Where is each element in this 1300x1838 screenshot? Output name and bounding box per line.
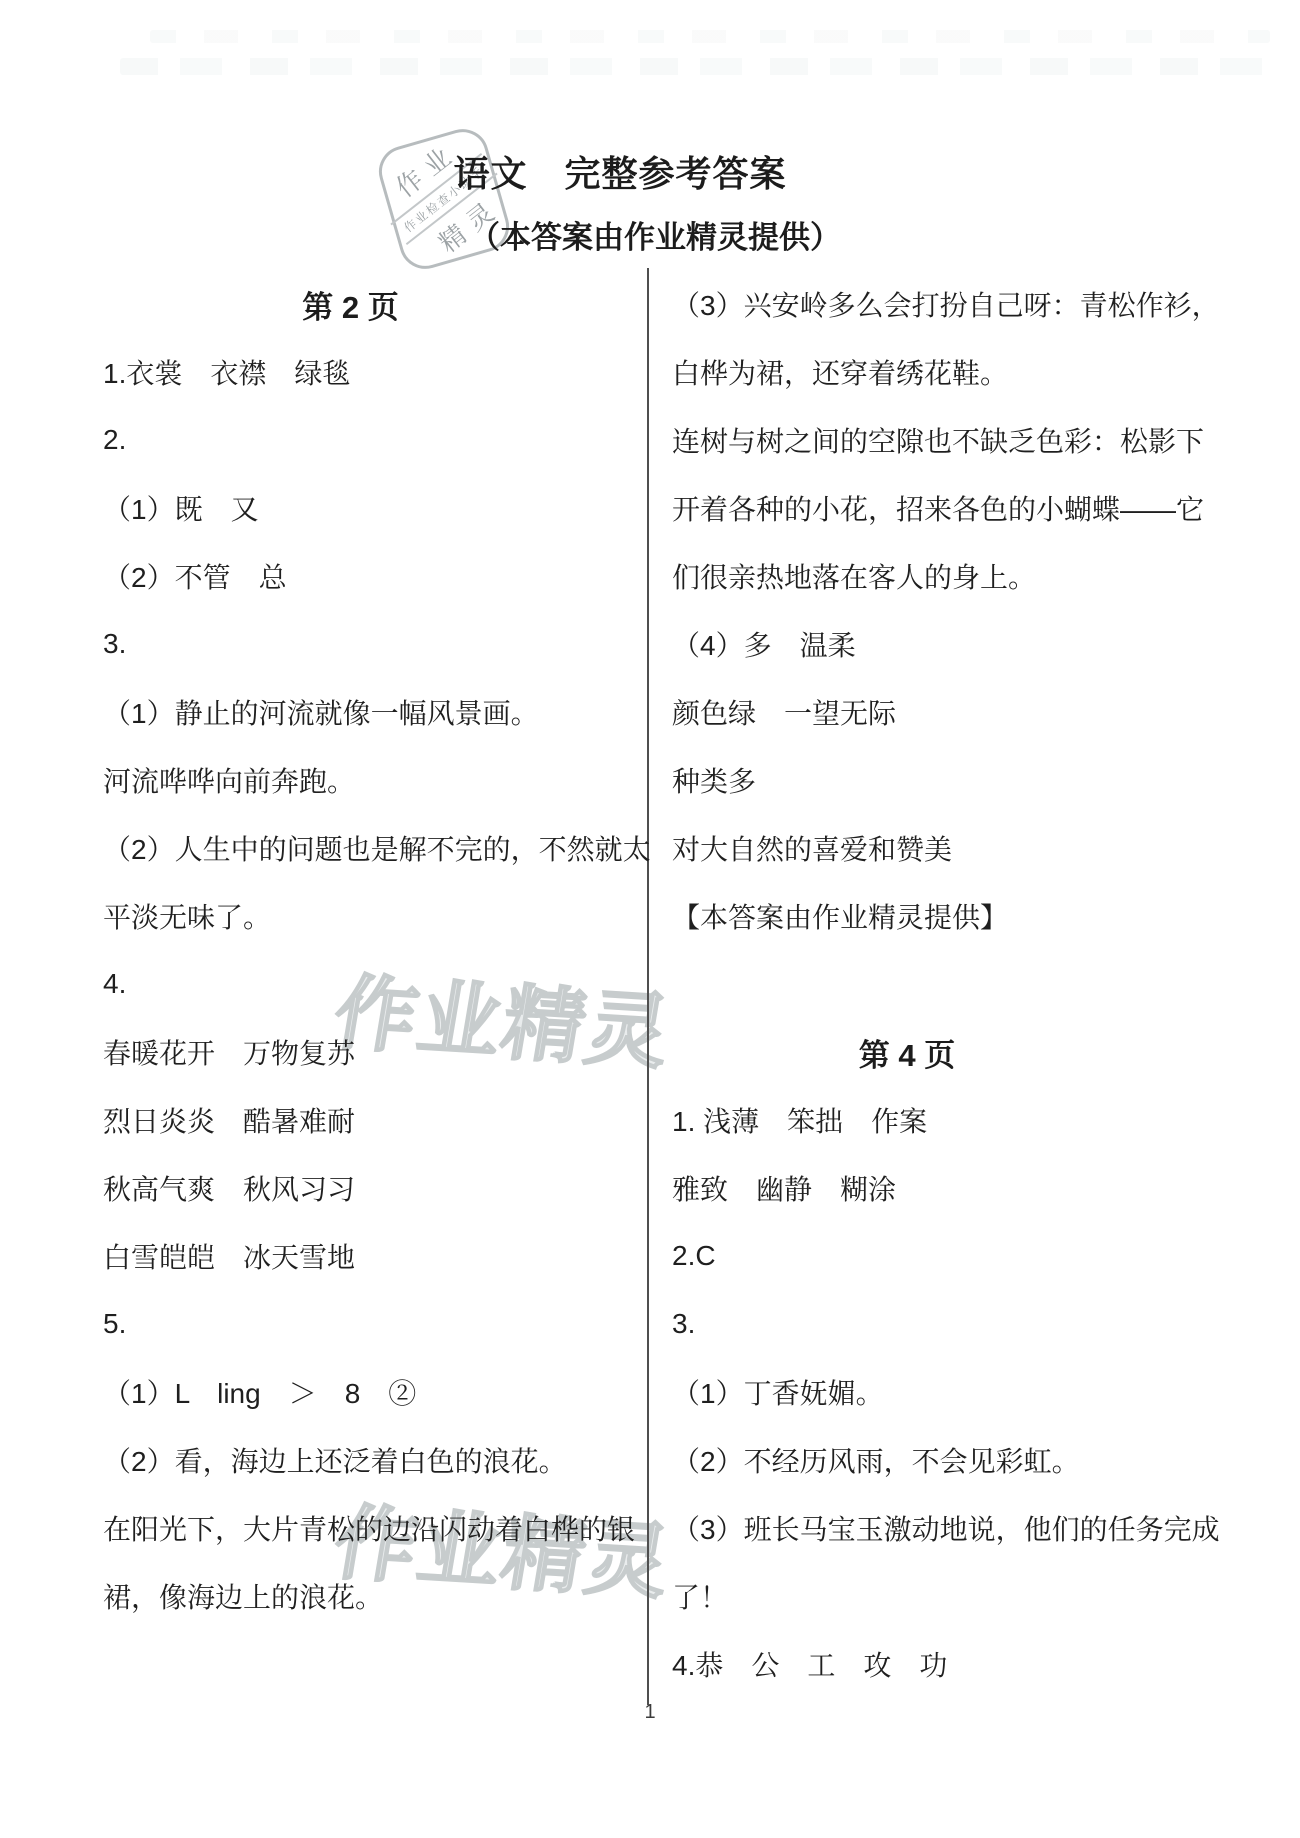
answer-line: 4.恭 公 工 攻 功 (672, 1630, 1232, 1698)
answer-line: 种类多 (672, 746, 1232, 814)
answer-line: 2.C (672, 1222, 1232, 1290)
answer-line: （2）不经历风雨，不会见彩虹。 (672, 1426, 1232, 1494)
answer-line: 秋高气爽 秋风习习 (103, 1154, 648, 1222)
answer-line: 白桦为裙，还穿着绣花鞋。 (672, 338, 1232, 406)
answer-line: （2）看，海边上还泛着白色的浪花。 (103, 1426, 648, 1494)
answer-line: 3. (672, 1290, 1232, 1358)
answer-line: 了！ (672, 1562, 1232, 1630)
answer-line: 们很亲热地落在客人的身上。 (672, 542, 1232, 610)
answer-line: （3）兴安岭多么会打扮自己呀：青松作衫， (672, 270, 1232, 338)
answer-line: 河流哗哗向前奔跑。 (103, 746, 648, 814)
answer-line: 3. (103, 610, 648, 678)
answer-line: （4）多 温柔 (672, 610, 1232, 678)
answer-line: 平淡无味了。 (103, 882, 648, 950)
page-number-footer: 1 (620, 1701, 680, 1724)
left-column: 第 2 页 1.衣裳 衣襟 绿毯 2. （1）既 又 （2）不管 总 3. （1… (103, 270, 648, 1630)
section-header-page2: 第 2 页 (103, 270, 598, 338)
scanned-answer-page: 作业 作业检查小助手 精灵 语文 完整参考答案 （本答案由作业精灵提供） 作业精… (0, 0, 1300, 1838)
answer-line: 4. (103, 950, 648, 1018)
answer-line: 对大自然的喜爱和赞美 (672, 814, 1232, 882)
scan-artifact-band (120, 58, 1280, 75)
answer-line: 雅致 幽静 糊涂 (672, 1154, 1232, 1222)
answer-line: （3）班长马宝玉激动地说，他们的任务完成 (672, 1494, 1232, 1562)
answer-line: （2）人生中的问题也是解不完的，不然就太 (103, 814, 648, 882)
answer-line: （1）既 又 (103, 474, 648, 542)
answer-line: （2）不管 总 (103, 542, 648, 610)
stamp-text-group: 作业 作业检查小助手 精灵 (342, 103, 546, 295)
right-column: （3）兴安岭多么会打扮自己呀：青松作衫， 白桦为裙，还穿着绣花鞋。 连树与树之间… (672, 270, 1232, 1698)
answer-line: 春暖花开 万物复苏 (103, 1018, 648, 1086)
answer-line: 【本答案由作业精灵提供】 (672, 882, 1232, 950)
answer-line: 白雪皑皑 冰天雪地 (103, 1222, 648, 1290)
answer-line: 开着各种的小花，招来各色的小蝴蝶——它 (672, 474, 1232, 542)
answer-line: （1）静止的河流就像一幅风景画。 (103, 678, 648, 746)
scan-artifact-band (150, 30, 1270, 43)
page-subtitle: （本答案由作业精灵提供） (10, 212, 1300, 257)
answer-line (672, 950, 1232, 1018)
answer-line: 5. (103, 1290, 648, 1358)
answer-line: 连树与树之间的空隙也不缺乏色彩：松影下 (672, 406, 1232, 474)
right-column-lines-bottom: 1. 浅薄 笨拙 作案 雅致 幽静 糊涂 2.C 3. （1）丁香妩媚。 （2）… (672, 1086, 1232, 1698)
answer-line: 2. (103, 406, 648, 474)
answer-line: 在阳光下，大片青松的边沿闪动着白桦的银 (103, 1494, 648, 1562)
answer-line: （1）丁香妩媚。 (672, 1358, 1232, 1426)
answer-line: 烈日炎炎 酷暑难耐 (103, 1086, 648, 1154)
page-title: 语文 完整参考答案 (0, 146, 1240, 197)
answer-line: 1. 浅薄 笨拙 作案 (672, 1086, 1232, 1154)
answer-line: 1.衣裳 衣襟 绿毯 (103, 338, 648, 406)
left-column-lines: 1.衣裳 衣襟 绿毯 2. （1）既 又 （2）不管 总 3. （1）静止的河流… (103, 338, 648, 1630)
answer-line: 颜色绿 一望无际 (672, 678, 1232, 746)
right-column-lines-top: （3）兴安岭多么会打扮自己呀：青松作衫， 白桦为裙，还穿着绣花鞋。 连树与树之间… (672, 270, 1232, 1018)
answer-line: （1）L ling ＞ 8 ② (103, 1358, 648, 1426)
answer-line: 裙，像海边上的浪花。 (103, 1562, 648, 1630)
section-header-page4: 第 4 页 (672, 1018, 1142, 1086)
